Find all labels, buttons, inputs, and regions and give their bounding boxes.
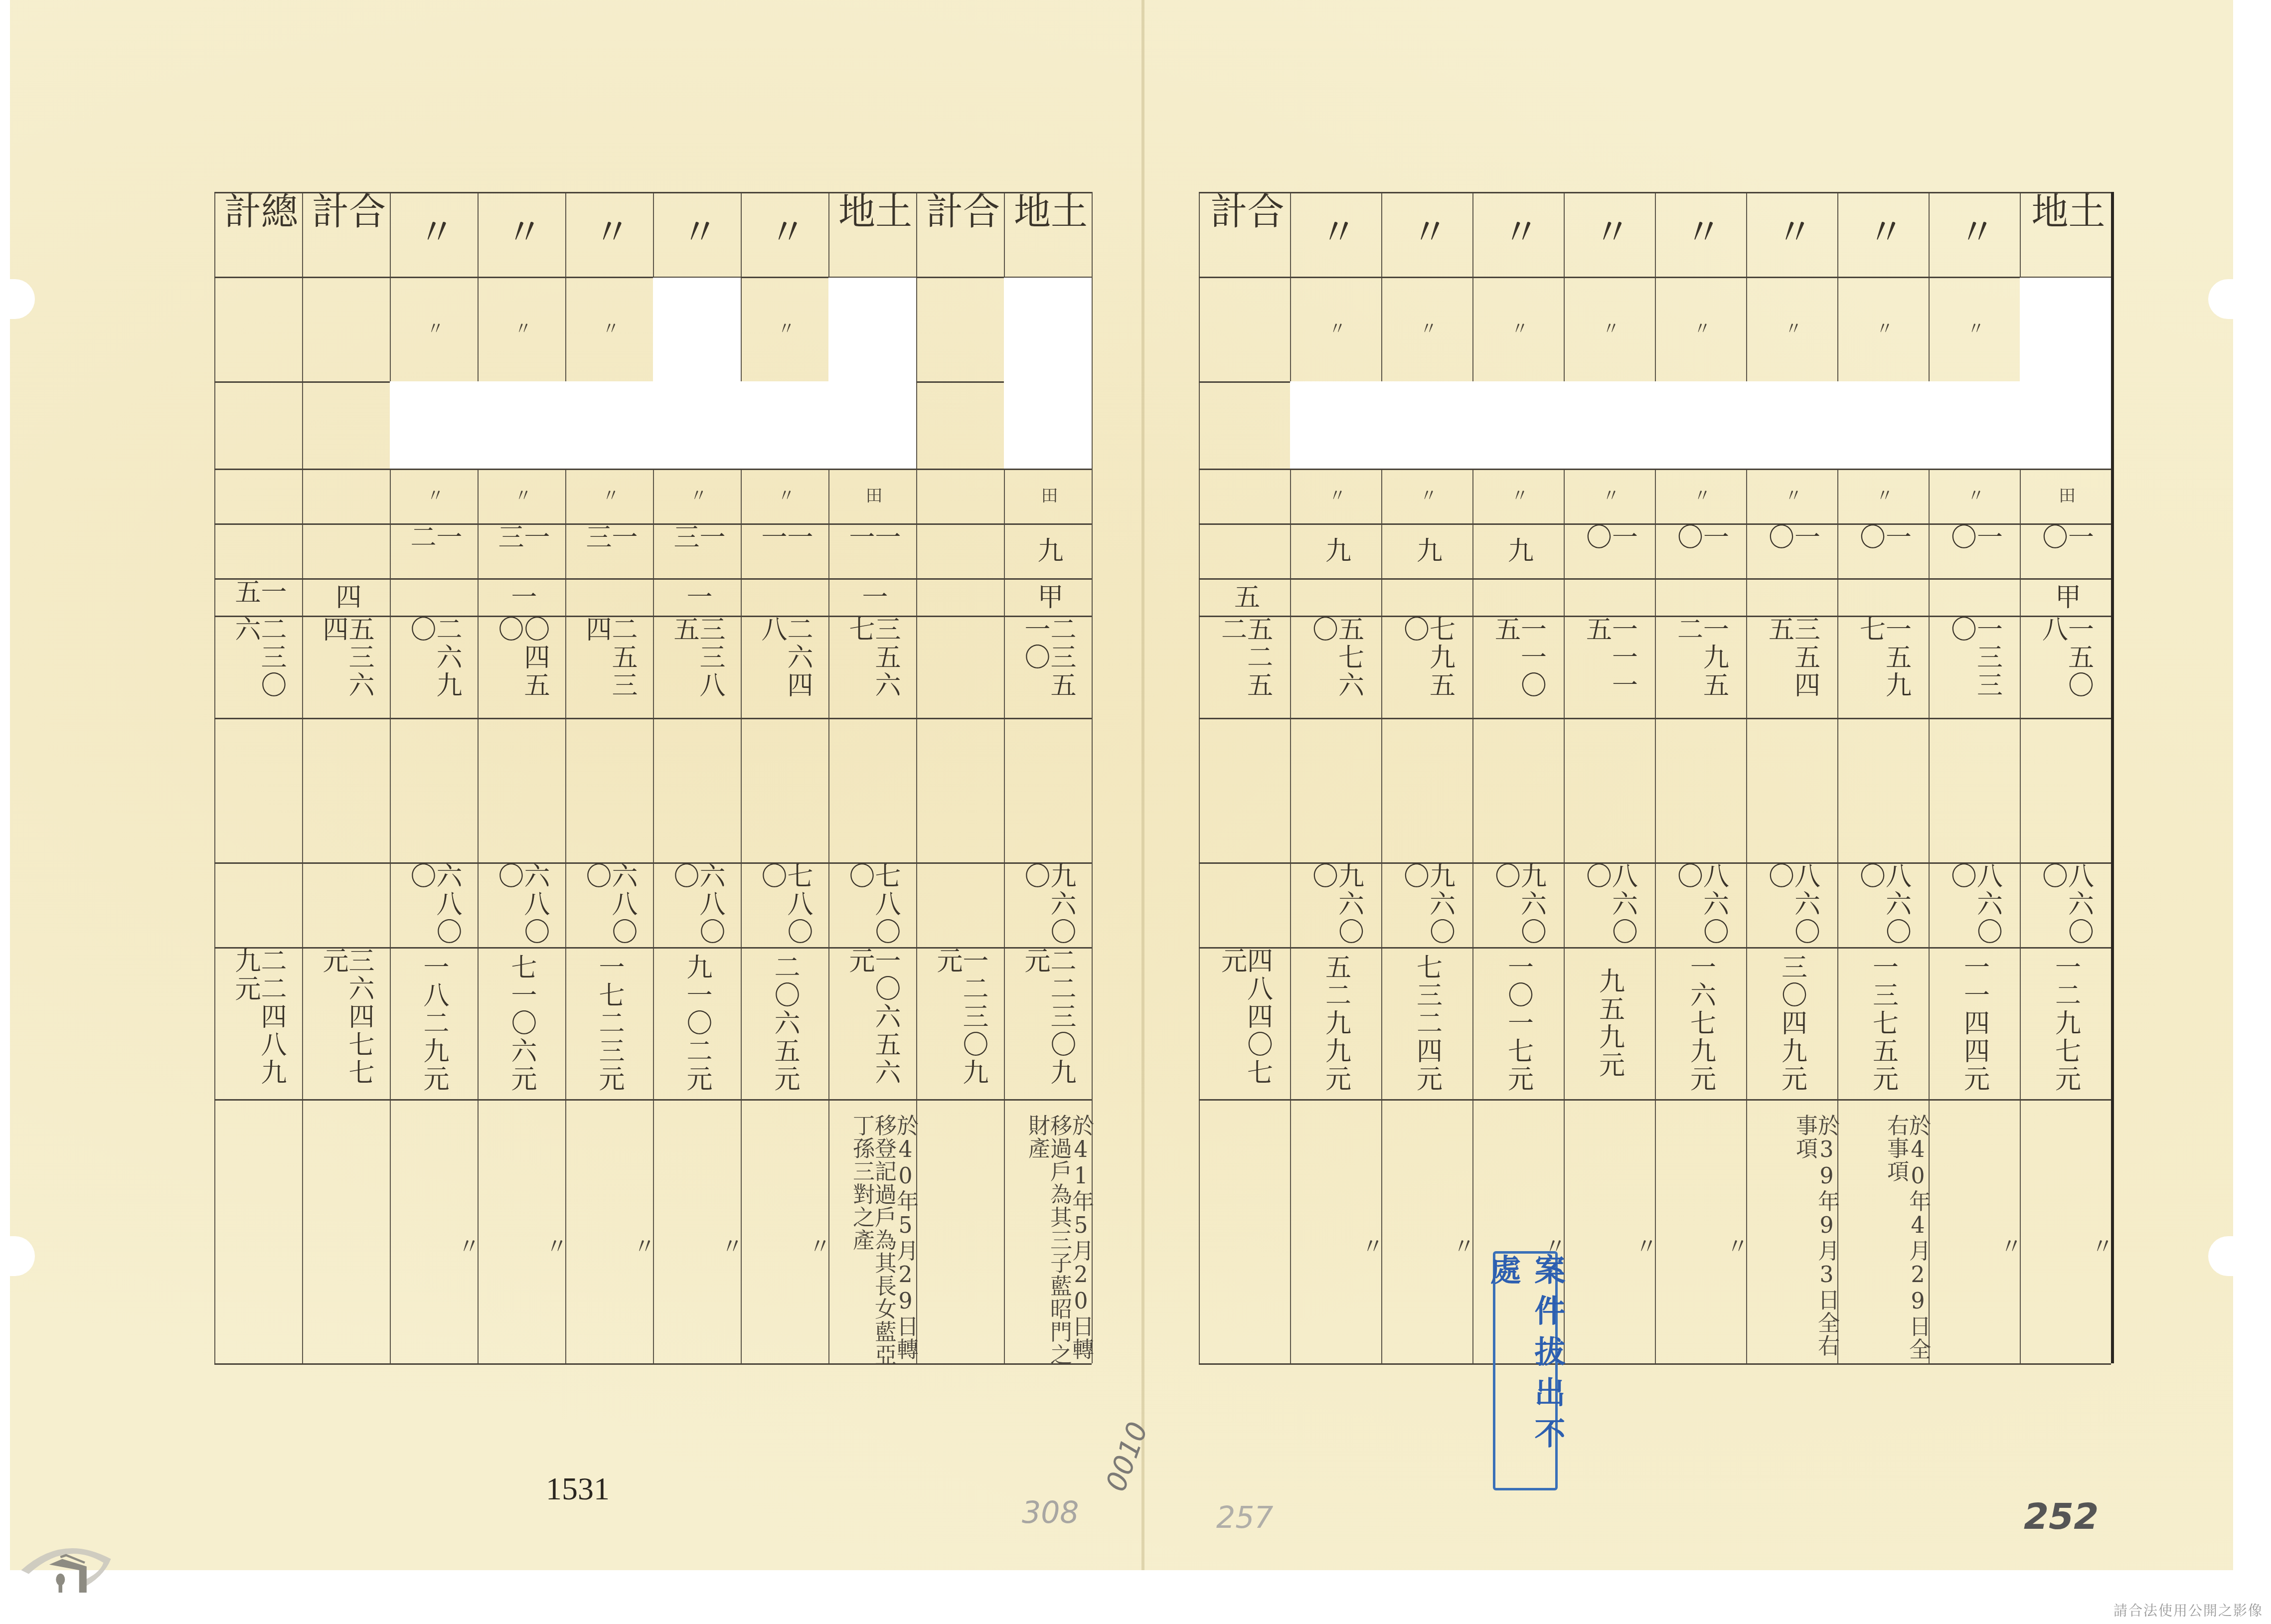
- ledger-cell-grade: 一〇: [1655, 523, 1746, 578]
- ledger-cell-area: 一三三〇: [1929, 616, 2020, 718]
- ledger-cell-land-type: [916, 469, 1004, 523]
- ledger-cell-remark: 〃: [565, 1099, 653, 1378]
- ledger-cell-area: 二五三四: [565, 616, 653, 718]
- ledger-cell-grade: 一一: [741, 523, 828, 578]
- ledger-cell-land-type: 〃: [1472, 469, 1564, 523]
- ledger-cell-grade: 一〇: [1564, 523, 1655, 578]
- ledger-cell-area-unit: [1655, 578, 1746, 616]
- ledger-cell-header: 合計: [302, 192, 390, 277]
- ledger-cell-remark: [1199, 1099, 1290, 1378]
- ledger-cell-value: 一七二三元: [565, 947, 653, 1099]
- ledger-cell-row2: [214, 277, 302, 381]
- ledger-cell-value: 一一四四元: [1929, 947, 2020, 1099]
- ledger-cell-header: 〃: [1746, 192, 1837, 277]
- ledger-cell-grade: 一〇: [1746, 523, 1837, 578]
- ledger-cell-area: 三五四五: [1746, 616, 1837, 718]
- column-rule: [2111, 192, 2114, 1363]
- ledger-cell-remark: [302, 1099, 390, 1378]
- ledger-cell-value: 一〇一七元: [1472, 947, 1564, 1099]
- ledger-cell-grade: 九: [1472, 523, 1564, 578]
- ledger-cell-row2: 〃: [1381, 277, 1472, 381]
- ledger-cell-area: 〇四五〇: [478, 616, 565, 718]
- ledger-cell-area-unit: 五: [1199, 578, 1290, 616]
- ledger-cell-row2: 〃: [741, 277, 828, 381]
- ledger-cell-area-unit: 一: [828, 578, 916, 616]
- ledger-cell-remark: [916, 1099, 1004, 1378]
- ledger-cell-unit-price: 八六〇〇: [1564, 862, 1655, 947]
- ledger-cell-land-type: 〃: [1564, 469, 1655, 523]
- ledger-cell-remark: 於39年9月3日全右事項: [1746, 1099, 1837, 1378]
- ledger-cell-value: 一八二九元: [390, 947, 478, 1099]
- ledger-cell-area: 一九五二: [1655, 616, 1746, 718]
- ledger-cell-header: 合計: [916, 192, 1004, 277]
- ledger-cell-header: 〃: [653, 192, 741, 277]
- right-ledger-table: 合計五五二五二四八四〇七元〃〃〃九五七六〇九六〇〇五二九九元〃〃〃〃九七九五〇九…: [1199, 192, 2111, 1363]
- ledger-cell-land-type: 田: [1004, 469, 1092, 523]
- ledger-cell-unit-price: 八六〇〇: [1837, 862, 1929, 947]
- ledger-cell-value: 七一〇六元: [478, 947, 565, 1099]
- ledger-cell-land-type: 〃: [741, 469, 828, 523]
- left-ledger-table: 總計一五二三〇六二二四八九九元合計四五三六四三六四七七元〃〃〃一二二六九〇六八〇…: [214, 192, 1092, 1363]
- ledger-cell-remark: 〃: [741, 1099, 828, 1378]
- ledger-cell-area-unit: [1837, 578, 1929, 616]
- pencil-mark: 308: [1022, 1495, 1079, 1530]
- ledger-cell-area: 一五〇八: [2020, 616, 2111, 718]
- ledger-cell-row2: [916, 277, 1004, 381]
- ledger-cell-unit-price: 六八〇〇: [478, 862, 565, 947]
- ledger-cell-header: 〃: [1929, 192, 2020, 277]
- ledger-cell-header: 土地: [1004, 192, 1092, 277]
- ledger-cell-remark: [214, 1099, 302, 1378]
- ledger-cell-unit-price: 七八〇〇: [741, 862, 828, 947]
- ledger-cell-unit-price: [302, 862, 390, 947]
- pencil-mark: 257: [1216, 1500, 1274, 1535]
- ledger-cell-header: 〃: [1290, 192, 1381, 277]
- ledger-cell-value: 三六四七七元: [302, 947, 390, 1099]
- ledger-cell-header: 〃: [1837, 192, 1929, 277]
- ledger-cell-area-unit: [565, 578, 653, 616]
- ledger-cell-unit-price: [1199, 862, 1290, 947]
- ledger-cell-land-type: [1199, 469, 1290, 523]
- redaction-block: [1290, 381, 2111, 469]
- ledger-cell-header: 〃: [1564, 192, 1655, 277]
- ledger-cell-header: 總計: [214, 192, 302, 277]
- ledger-cell-value: 九五九元: [1564, 947, 1655, 1099]
- ledger-cell-value: 四八四〇七元: [1199, 947, 1290, 1099]
- ledger-cell-grade: 九: [1004, 523, 1092, 578]
- ledger-cell-grade: 九: [1381, 523, 1472, 578]
- ledger-cell-land-type: 〃: [1746, 469, 1837, 523]
- ledger-cell-value: 一三七五元: [1837, 947, 1929, 1099]
- ledger-cell-unit-price: 九六〇〇: [1472, 862, 1564, 947]
- ledger-cell-row2: 〃: [478, 277, 565, 381]
- ledger-cell-area-unit: [390, 578, 478, 616]
- ledger-cell-row2: 〃: [1746, 277, 1837, 381]
- ledger-cell-row2: 〃: [390, 277, 478, 381]
- ledger-cell-grade: 一三: [565, 523, 653, 578]
- ledger-cell-unit-price: 九六〇〇: [1381, 862, 1472, 947]
- edge-notch: [0, 279, 35, 319]
- ledger-cell-land-type: [214, 469, 302, 523]
- ledger-cell-row2: [302, 277, 390, 381]
- ledger-cell-land-type: 〃: [478, 469, 565, 523]
- ledger-cell-area-unit: [1472, 578, 1564, 616]
- ledger-cell-area: 一一一五: [1564, 616, 1655, 718]
- ledger-cell-area-unit: 甲: [1004, 578, 1092, 616]
- pencil-mark: 0010: [1100, 1418, 1154, 1495]
- ledger-cell-value: 二二三〇九元: [1004, 947, 1092, 1099]
- ledger-cell-area: 五二五二: [1199, 616, 1290, 718]
- ledger-cell-grade: [302, 523, 390, 578]
- ledger-cell-value: 五二九九元: [1290, 947, 1381, 1099]
- ledger-cell-value: 九一〇二元: [653, 947, 741, 1099]
- ledger-cell-area-unit: [916, 578, 1004, 616]
- ledger-cell-unit-price: [916, 862, 1004, 947]
- ledger-cell-land-type: 〃: [1290, 469, 1381, 523]
- ledger-cell-area-unit: [1564, 578, 1655, 616]
- ledger-cell-remark: 〃: [1381, 1099, 1472, 1378]
- redaction-block: [1004, 278, 1092, 469]
- ledger-cell-row2: 〃: [1655, 277, 1746, 381]
- ledger-cell-row2: 〃: [565, 277, 653, 381]
- ledger-cell-unit-price: 八六〇〇: [1929, 862, 2020, 947]
- usage-watermark: 請合法使用公開之影像: [2113, 1600, 2263, 1620]
- ledger-cell-land-type: 〃: [1837, 469, 1929, 523]
- ledger-cell-row2: 〃: [1290, 277, 1381, 381]
- ledger-cell-remark: 於41年5月20日轉移過戶為其三子藍昭門之財產: [1004, 1099, 1092, 1378]
- ledger-cell-row2: 〃: [1472, 277, 1564, 381]
- row-rule: [1199, 718, 2111, 719]
- ledger-cell-remark: 〃: [1929, 1099, 2020, 1378]
- ledger-cell-area-unit: [1290, 578, 1381, 616]
- ledger-cell-header: 〃: [1472, 192, 1564, 277]
- ledger-cell-header: 合計: [1199, 192, 1290, 277]
- ledger-cell-land-type: 〃: [1929, 469, 2020, 523]
- ledger-cell-grade: 一三: [653, 523, 741, 578]
- pencil-mark: 252: [2024, 1495, 2099, 1537]
- ledger-cell-value: 三〇四九元: [1746, 947, 1837, 1099]
- ledger-cell-grade: 九: [1290, 523, 1381, 578]
- ledger-cell-area: 二六九〇: [390, 616, 478, 718]
- ledger-cell-value: 二〇六五元: [741, 947, 828, 1099]
- ledger-cell-land-type: 〃: [1381, 469, 1472, 523]
- ledger-cell-header: 〃: [1381, 192, 1472, 277]
- ledger-cell-row2: 〃: [1564, 277, 1655, 381]
- ledger-cell-remark: 〃: [1290, 1099, 1381, 1378]
- ledger-cell-value: 一〇六五六元: [828, 947, 916, 1099]
- ledger-cell-header: 〃: [1655, 192, 1746, 277]
- ledger-cell-row2: [1199, 277, 1290, 381]
- edge-notch: [2208, 279, 2263, 319]
- ledger-cell-area-unit: [741, 578, 828, 616]
- ledger-cell-grade: 一〇: [2020, 523, 2111, 578]
- ledger-cell-header: 〃: [565, 192, 653, 277]
- ledger-cell-remark: 〃: [390, 1099, 478, 1378]
- ledger-cell-area-unit: [1929, 578, 2020, 616]
- ledger-cell-header: 土地: [828, 192, 916, 277]
- ledger-cell-unit-price: 八六〇〇: [2020, 862, 2111, 947]
- redaction-block: [653, 278, 741, 381]
- ledger-cell-area-unit: 一: [653, 578, 741, 616]
- ledger-cell-remark: 〃: [478, 1099, 565, 1378]
- ledger-cell-area-unit: [1381, 578, 1472, 616]
- ledger-cell-land-type: 田: [828, 469, 916, 523]
- ledger-cell-grade: 一〇: [1837, 523, 1929, 578]
- archive-logo-icon: [10, 1518, 130, 1593]
- ledger-cell-area: 三五六七: [828, 616, 916, 718]
- ledger-cell-unit-price: 八六〇〇: [1746, 862, 1837, 947]
- ledger-cell-land-type: 〃: [390, 469, 478, 523]
- ledger-cell-area-unit: 甲: [2020, 578, 2111, 616]
- ledger-cell-area: 一一〇五: [1472, 616, 1564, 718]
- row-rule: [214, 718, 1092, 719]
- ledger-cell-area: 七九五〇: [1381, 616, 1472, 718]
- ledger-cell-header: 土地: [2020, 192, 2111, 277]
- ledger-cell-area: 三三八五: [653, 616, 741, 718]
- ledger-cell-area-unit: 一: [478, 578, 565, 616]
- ledger-cell-land-type: 〃: [1655, 469, 1746, 523]
- ledger-cell-header: 〃: [741, 192, 828, 277]
- ledger-cell-area-unit: [1746, 578, 1837, 616]
- ledger-cell-unit-price: 六八〇〇: [390, 862, 478, 947]
- ledger-cell-area: 二三五一〇: [1004, 616, 1092, 718]
- ledger-cell-area: 二六四八: [741, 616, 828, 718]
- ledger-cell-area: 一五九七: [1837, 616, 1929, 718]
- ledger-cell-grade: 一三: [478, 523, 565, 578]
- ledger-cell-unit-price: 六八〇〇: [565, 862, 653, 947]
- ledger-cell-header: 〃: [390, 192, 478, 277]
- ledger-cell-area: 五七六〇: [1290, 616, 1381, 718]
- ledger-cell-value: 七三二四元: [1381, 947, 1472, 1099]
- ledger-cell-value: 一六七九元: [1655, 947, 1746, 1099]
- redaction-block: [828, 278, 916, 469]
- redaction-block: [2020, 278, 2111, 469]
- ledger-cell-area-unit: 四: [302, 578, 390, 616]
- ledger-cell-remark: 於40年4月29日全右事項: [1837, 1099, 1929, 1378]
- ledger-cell-header: 〃: [478, 192, 565, 277]
- ledger-cell-remark: 〃: [653, 1099, 741, 1378]
- ledger-cell-grade: [1199, 523, 1290, 578]
- ledger-cell-remark: 〃: [2020, 1099, 2111, 1378]
- ledger-cell-row2: 〃: [1837, 277, 1929, 381]
- ledger-cell-remark: 〃: [1564, 1099, 1655, 1378]
- ledger-cell-area: 五三六四: [302, 616, 390, 718]
- blue-stamp: 案件拔出不處: [1493, 1251, 1558, 1490]
- ledger-cell-area: 二三〇六: [214, 616, 302, 718]
- ledger-cell-unit-price: [214, 862, 302, 947]
- ledger-cell-grade: [214, 523, 302, 578]
- ledger-cell-unit-price: 八六〇〇: [1655, 862, 1746, 947]
- ledger-cell-value: 一二三〇九元: [916, 947, 1004, 1099]
- ledger-cell-grade: 一一: [828, 523, 916, 578]
- ledger-cell-unit-price: 六八〇〇: [653, 862, 741, 947]
- ledger-cell-unit-price: 九六〇〇: [1290, 862, 1381, 947]
- edge-notch: [2208, 1236, 2263, 1276]
- edge-notch: [0, 1236, 35, 1276]
- ledger-cell-remark: 〃: [1655, 1099, 1746, 1378]
- ledger-cell-value: 一二九七元: [2020, 947, 2111, 1099]
- ledger-cell-value: 二二四八九九元: [214, 947, 302, 1099]
- ledger-sheet: 總計一五二三〇六二二四八九九元合計四五三六四三六四七七元〃〃〃一二二六九〇六八〇…: [10, 0, 2233, 1570]
- ledger-cell-land-type: 〃: [565, 469, 653, 523]
- ledger-cell-grade: 一二: [390, 523, 478, 578]
- ledger-cell-grade: 一〇: [1929, 523, 2020, 578]
- ledger-cell-row2: 〃: [1929, 277, 2020, 381]
- ledger-cell-unit-price: 七八〇〇: [828, 862, 916, 947]
- ledger-cell-unit-price: 九六〇〇: [1004, 862, 1092, 947]
- ledger-cell-area-unit: 一五: [214, 578, 302, 616]
- ledger-cell-land-type: 田: [2020, 469, 2111, 523]
- printed-page-number: 1531: [546, 1470, 610, 1507]
- ledger-cell-grade: [916, 523, 1004, 578]
- ledger-cell-remark: 於40年5月29日轉移登記過戶為其長女藍亞丁孫三對之產: [828, 1099, 916, 1378]
- ledger-cell-land-type: [302, 469, 390, 523]
- page-fold: [1141, 0, 1144, 1570]
- ledger-cell-area: [916, 616, 1004, 718]
- ledger-cell-land-type: 〃: [653, 469, 741, 523]
